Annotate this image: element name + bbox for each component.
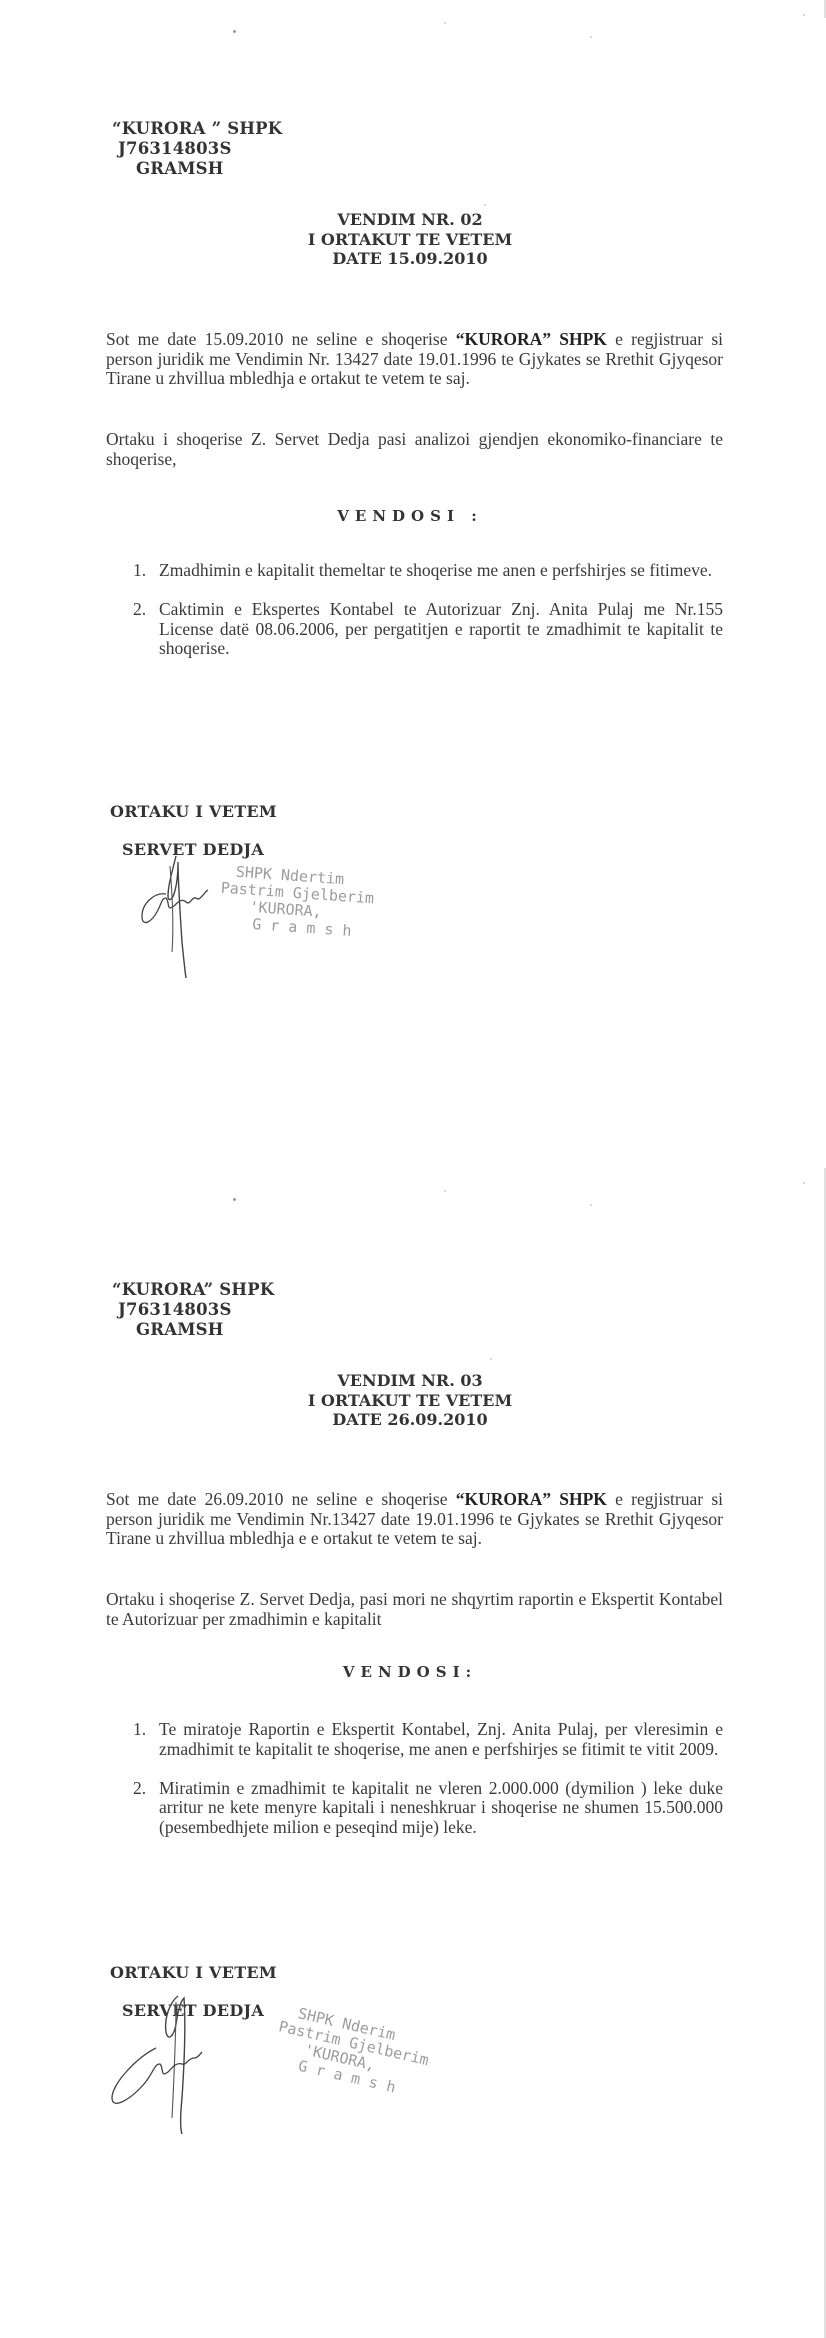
- scan-speck: [803, 14, 805, 16]
- decision-number: VENDIM NR. 03: [280, 1371, 540, 1391]
- handwritten-signature-icon: [100, 1988, 220, 2138]
- decision-item-text: Miratimin e zmadhimit te kapitalit ne vl…: [159, 1778, 723, 1838]
- decision-item-number: 1.: [133, 1720, 146, 1740]
- decision-date: DATE 15.09.2010: [280, 249, 540, 269]
- intro-company-bold: “KURORA” SHPK: [456, 329, 607, 349]
- decision-item-text: Zmadhimin e kapitalit themeltar te shoqe…: [159, 560, 712, 580]
- document-page-vendim-02: “KURORA ” SHPK J76314803S GRAMSH VENDIM …: [0, 0, 826, 1168]
- intro-text-start: Sot me date 15.09.2010 ne seline e shoqe…: [106, 329, 456, 349]
- decision-heading: VENDOSI :: [280, 507, 540, 525]
- decision-item: 1. Zmadhimin e kapitalit themeltar te sh…: [133, 561, 723, 581]
- decision-date: DATE 26.09.2010: [280, 1410, 540, 1430]
- decision-title: VENDIM NR. 03 I ORTAKUT TE VETEM DATE 26…: [280, 1371, 540, 1430]
- scan-speck: [233, 1198, 236, 1201]
- company-nipt: J76314803S: [112, 139, 282, 159]
- scan-speck: [490, 1358, 492, 1360]
- intro-paragraph: Sot me date 26.09.2010 ne seline e shoqe…: [106, 1490, 723, 1549]
- decision-heading: VENDOSI:: [280, 1663, 540, 1681]
- decision-item-text: Caktimin e Ekspertes Kontabel te Autoriz…: [159, 599, 723, 659]
- company-city: GRAMSH: [112, 159, 282, 179]
- decision-item-text: Te miratoje Raportin e Ekspertit Kontabe…: [159, 1719, 723, 1759]
- decision-item: 2. Miratimin e zmadhimit te kapitalit ne…: [133, 1779, 723, 1838]
- decision-list: 1. Zmadhimin e kapitalit themeltar te sh…: [133, 561, 723, 678]
- decision-number: VENDIM NR. 02: [280, 210, 540, 230]
- intro-text-start: Sot me date 26.09.2010 ne seline e shoqe…: [106, 1489, 456, 1509]
- scan-speck: [484, 204, 486, 206]
- decision-list: 1. Te miratoje Raportin e Ekspertit Kont…: [133, 1720, 723, 1857]
- scan-speck: [444, 22, 446, 24]
- company-header: “KURORA” SHPK J76314803S GRAMSH: [112, 1280, 274, 1340]
- company-nipt: J76314803S: [112, 1300, 274, 1320]
- scan-speck: [233, 30, 236, 33]
- context-paragraph: Ortaku i shoqerise Z. Servet Dedja pasi …: [106, 430, 723, 469]
- intro-company-bold: “KURORA” SHPK: [456, 1489, 607, 1509]
- intro-paragraph: Sot me date 15.09.2010 ne seline e shoqe…: [106, 330, 723, 389]
- scan-speck: [444, 1190, 446, 1192]
- company-stamp: SHPK Nderim Pastrim Gjelberim 'KURORA, G…: [269, 2002, 434, 2103]
- decision-item-number: 2.: [133, 600, 146, 620]
- scan-speck: [590, 36, 592, 38]
- decision-item-number: 2.: [133, 1779, 146, 1799]
- decision-item: 1. Te miratoje Raportin e Ekspertit Kont…: [133, 1720, 723, 1760]
- decision-subtitle: I ORTAKUT TE VETEM: [280, 230, 540, 250]
- scan-speck: [803, 1182, 805, 1184]
- document-page-vendim-03: “KURORA” SHPK J76314803S GRAMSH VENDIM N…: [0, 1168, 826, 2338]
- decision-item-number: 1.: [133, 561, 146, 581]
- decision-item: 2. Caktimin e Ekspertes Kontabel te Auto…: [133, 600, 723, 659]
- company-name: “KURORA ” SHPK: [112, 119, 282, 139]
- company-name: “KURORA” SHPK: [112, 1280, 274, 1300]
- company-header: “KURORA ” SHPK J76314803S GRAMSH: [112, 119, 282, 179]
- company-stamp: SHPK Ndertim Pastrim Gjelberim 'KURORA, …: [218, 863, 376, 942]
- signatory-role: ORTAKU I VETEM: [110, 802, 277, 821]
- company-city: GRAMSH: [112, 1320, 274, 1340]
- decision-subtitle: I ORTAKUT TE VETEM: [280, 1391, 540, 1411]
- context-paragraph: Ortaku i shoqerise Z. Servet Dedja, pasi…: [106, 1590, 723, 1629]
- signatory-role: ORTAKU I VETEM: [110, 1963, 277, 1982]
- decision-title: VENDIM NR. 02 I ORTAKUT TE VETEM DATE 15…: [280, 210, 540, 269]
- scan-speck: [590, 1204, 592, 1206]
